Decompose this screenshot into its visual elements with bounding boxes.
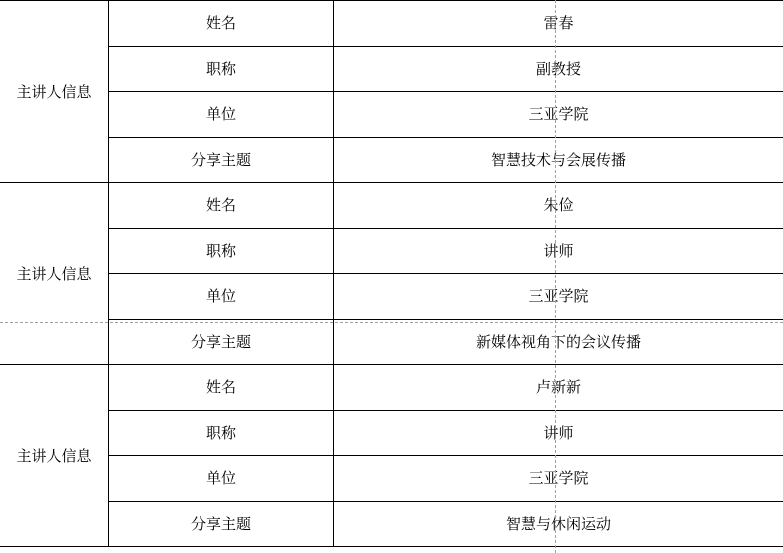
field-label: 分享主题 [109, 137, 334, 183]
field-value: 新媒体视角下的会议传播 [334, 319, 783, 365]
group-label: 主讲人信息 [0, 1, 109, 183]
speaker-info-table: 主讲人信息 姓名 雷春 职称 副教授 单位 三亚学院 分享主题 智慧技术与会展传… [0, 0, 783, 547]
table-row: 主讲人信息 姓名 卢新新 [0, 365, 783, 411]
table-row: 职称 讲师 [0, 410, 783, 456]
field-value: 智慧技术与会展传播 [334, 137, 783, 183]
table-row: 职称 讲师 [0, 228, 783, 274]
field-value: 三亚学院 [334, 456, 783, 502]
table-row: 分享主题 新媒体视角下的会议传播 [0, 319, 783, 365]
field-label: 单位 [109, 92, 334, 138]
field-value: 三亚学院 [334, 274, 783, 320]
field-value: 朱俭 [334, 183, 783, 229]
field-value: 讲师 [334, 410, 783, 456]
field-label: 姓名 [109, 183, 334, 229]
field-value: 卢新新 [334, 365, 783, 411]
table-row: 职称 副教授 [0, 46, 783, 92]
field-label: 职称 [109, 228, 334, 274]
field-label: 职称 [109, 46, 334, 92]
field-label: 分享主题 [109, 501, 334, 547]
group-label: 主讲人信息 [0, 365, 109, 547]
field-label: 分享主题 [109, 319, 334, 365]
table-row: 单位 三亚学院 [0, 92, 783, 138]
table-row: 主讲人信息 姓名 朱俭 [0, 183, 783, 229]
field-label: 姓名 [109, 1, 334, 47]
field-value: 三亚学院 [334, 92, 783, 138]
field-value: 副教授 [334, 46, 783, 92]
table-row: 主讲人信息 姓名 雷春 [0, 1, 783, 47]
field-value: 智慧与休闲运动 [334, 501, 783, 547]
field-label: 单位 [109, 274, 334, 320]
field-value: 雷春 [334, 1, 783, 47]
field-value: 讲师 [334, 228, 783, 274]
field-label: 姓名 [109, 365, 334, 411]
table-row: 分享主题 智慧与休闲运动 [0, 501, 783, 547]
table-row: 分享主题 智慧技术与会展传播 [0, 137, 783, 183]
field-label: 单位 [109, 456, 334, 502]
group-label: 主讲人信息 [0, 183, 109, 365]
field-label: 职称 [109, 410, 334, 456]
table-row: 单位 三亚学院 [0, 274, 783, 320]
table-row: 单位 三亚学院 [0, 456, 783, 502]
